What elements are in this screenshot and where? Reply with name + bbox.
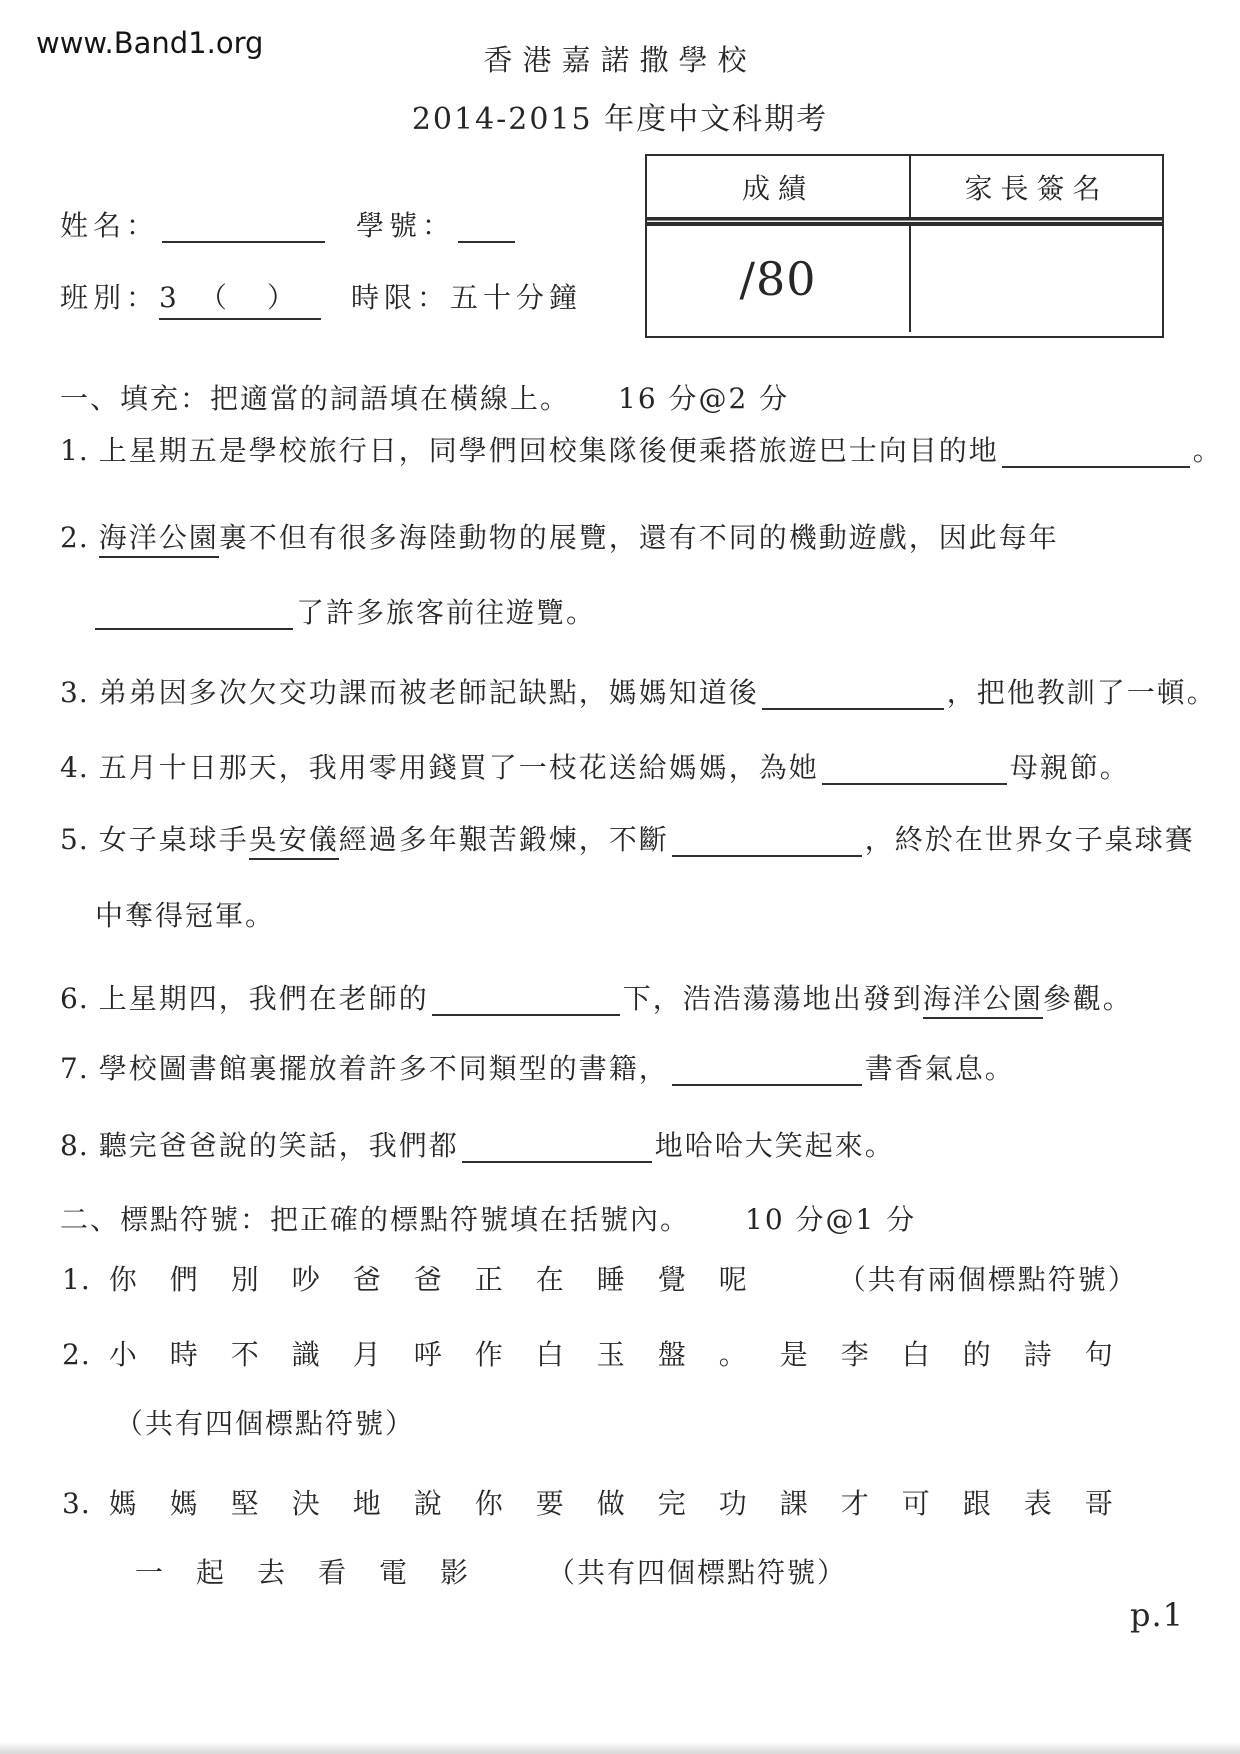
parent-signature-cell bbox=[911, 226, 1162, 332]
q-text: ，把他教訓了一頓。 bbox=[947, 676, 1217, 709]
q-text: 經過多年艱苦鍛煉，不斷 bbox=[339, 823, 669, 856]
s1-q5: 5.女子桌球手吳安儀經過多年艱苦鍛煉，不斷，終於在世界女子桌球賽 bbox=[60, 820, 1195, 860]
class-line: 班別：3（ ）時限：五十分鐘 bbox=[60, 278, 582, 320]
fill-blank bbox=[672, 1054, 862, 1086]
q-text: 下，浩浩蕩蕩地出發到 bbox=[623, 982, 923, 1015]
s1-q8: 8.聽完爸爸說的笑話，我們都地哈哈大笑起來。 bbox=[60, 1126, 895, 1166]
s1-q2-cont: 了許多旅客前往遊覽。 bbox=[95, 593, 596, 633]
section2-heading: 二、標點符號：把正確的標點符號填在括號內。 bbox=[60, 1203, 690, 1236]
q-number: 3. bbox=[60, 673, 89, 713]
q-number: 7. bbox=[60, 1049, 89, 1089]
q-text: 。 bbox=[1193, 434, 1223, 467]
s1-q1: 1.上星期五是學校旅行日，同學們回校集隊後便乘搭旅遊巴士向目的地。 bbox=[60, 431, 1223, 471]
fill-blank bbox=[672, 825, 862, 857]
class-label: 班別： bbox=[60, 281, 159, 314]
q-text: 上星期四，我們在老師的 bbox=[99, 982, 429, 1015]
q-number: 8. bbox=[60, 1126, 89, 1166]
s2-q2-note-line: （共有四個標點符號） bbox=[115, 1404, 415, 1444]
score-table-header-row: 成績 家長簽名 bbox=[647, 156, 1162, 217]
time-label: 時限： bbox=[351, 281, 450, 314]
s2-q1: 1.你們別吵爸爸正在睡覺呢（共有兩個標點符號） bbox=[62, 1260, 1138, 1300]
fill-blank bbox=[822, 753, 1007, 785]
s1-q2: 2.海洋公園裏不但有很多海陸動物的展覽，還有不同的機動遊戲，因此每年 bbox=[60, 518, 1059, 558]
s2-q2: 2.小時不識月呼作白玉盤。是李白的詩句 bbox=[62, 1335, 1146, 1375]
q-number: 6. bbox=[60, 979, 89, 1019]
student-no-label: 學號： bbox=[356, 209, 455, 242]
score-table-body-row: /80 bbox=[647, 226, 1162, 332]
q-note: （共有四個標點符號） bbox=[547, 1556, 847, 1589]
fill-blank bbox=[762, 678, 944, 710]
name-line: 姓名：學號： bbox=[60, 206, 518, 246]
q-text: 母親節。 bbox=[1010, 751, 1130, 784]
q-text: 地哈哈大笑起來。 bbox=[655, 1129, 895, 1162]
exam-title: 2014-2015 年度中文科期考 bbox=[0, 94, 1240, 138]
school-title: 香港嘉諾撒學校 bbox=[0, 38, 1240, 79]
score-table: 成績 家長簽名 /80 bbox=[645, 154, 1164, 338]
time-value: 五十分鐘 bbox=[450, 281, 582, 314]
q-text-spaced: 你們別吵爸爸正在睡覺呢 bbox=[109, 1263, 780, 1296]
table-divider bbox=[647, 217, 1162, 226]
class-value: 3 bbox=[159, 281, 183, 314]
score-header-cell: 成績 bbox=[647, 156, 911, 217]
q-number: 3. bbox=[62, 1484, 91, 1524]
q-text: ，終於在世界女子桌球賽 bbox=[865, 823, 1195, 856]
s1-q4: 4.五月十日那天，我用零用錢買了一枝花送給媽媽，為她母親節。 bbox=[60, 748, 1130, 788]
scan-edge-artifact bbox=[0, 1742, 1240, 1754]
underlined-term: 吳安儀 bbox=[249, 823, 339, 860]
section2-heading-line: 二、標點符號：把正確的標點符號填在括號內。10 分@1 分 bbox=[60, 1200, 916, 1240]
q-text: 了許多旅客前往遊覽。 bbox=[296, 596, 596, 629]
q-number: 4. bbox=[60, 748, 89, 788]
s1-q5-cont: 中奪得冠軍。 bbox=[95, 896, 275, 936]
student-no-blank bbox=[458, 211, 515, 243]
fill-blank bbox=[1002, 436, 1190, 468]
q-number: 2. bbox=[62, 1335, 91, 1375]
s2-q3-line2: 一起去看電影（共有四個標點符號） bbox=[135, 1553, 847, 1593]
q-text: 書香氣息。 bbox=[865, 1052, 1015, 1085]
class-blank: 3（ ） bbox=[159, 278, 321, 320]
score-value: /80 bbox=[647, 226, 911, 332]
q-text-spaced: 媽媽堅決地說你要做完功課才可跟表哥 bbox=[109, 1487, 1146, 1520]
q-note: （共有兩個標點符號） bbox=[838, 1263, 1138, 1296]
name-label: 姓名： bbox=[60, 209, 159, 242]
q-text: 參觀。 bbox=[1043, 982, 1133, 1015]
q-number: 2. bbox=[60, 518, 89, 558]
q-text: 學校圖書館裏擺放着許多不同類型的書籍， bbox=[99, 1052, 669, 1085]
q-text: 裏不但有很多海陸動物的展覽，還有不同的機動遊戲，因此每年 bbox=[219, 521, 1059, 554]
q-text: 五月十日那天，我用零用錢買了一枝花送給媽媽，為她 bbox=[99, 751, 819, 784]
q-text: 女子桌球手 bbox=[99, 823, 249, 856]
s1-q7: 7.學校圖書館裏擺放着許多不同類型的書籍，書香氣息。 bbox=[60, 1049, 1015, 1089]
fill-blank bbox=[462, 1131, 652, 1163]
q-number: 5. bbox=[60, 820, 89, 860]
section1-marks: 16 分@2 分 bbox=[618, 382, 789, 415]
q-number: 1. bbox=[60, 431, 89, 471]
page-number: p.1 bbox=[1130, 1596, 1184, 1634]
parent-signature-header-cell: 家長簽名 bbox=[911, 156, 1162, 217]
underlined-term: 海洋公園 bbox=[923, 982, 1043, 1019]
section1-heading-line: 一、填充：把適當的詞語填在橫線上。16 分@2 分 bbox=[60, 379, 789, 419]
q-text-spaced: 一起去看電影 bbox=[135, 1556, 501, 1589]
name-blank bbox=[162, 211, 325, 243]
section2-marks: 10 分@1 分 bbox=[745, 1203, 916, 1236]
q-text: 中奪得冠軍。 bbox=[95, 899, 275, 932]
section1-heading: 一、填充：把適當的詞語填在橫線上。 bbox=[60, 382, 570, 415]
q-text: 聽完爸爸說的笑話，我們都 bbox=[99, 1129, 459, 1162]
s1-q3: 3.弟弟因多次欠交功課而被老師記缺點，媽媽知道後，把他教訓了一頓。 bbox=[60, 673, 1217, 713]
q-note: （共有四個標點符號） bbox=[115, 1407, 415, 1440]
class-parens: （ ） bbox=[199, 281, 301, 314]
s1-q6: 6.上星期四，我們在老師的下，浩浩蕩蕩地出發到海洋公園參觀。 bbox=[60, 979, 1133, 1019]
s2-q3: 3.媽媽堅決地說你要做完功課才可跟表哥 bbox=[62, 1484, 1146, 1524]
q-text-spaced: 小時不識月呼作白玉盤。是李白的詩句 bbox=[109, 1338, 1146, 1371]
q-text: 上星期五是學校旅行日，同學們回校集隊後便乘搭旅遊巴士向目的地 bbox=[99, 434, 999, 467]
q-number: 1. bbox=[62, 1260, 91, 1300]
fill-blank bbox=[95, 598, 293, 630]
underlined-term: 海洋公園 bbox=[99, 521, 219, 558]
q-text: 弟弟因多次欠交功課而被老師記缺點，媽媽知道後 bbox=[99, 676, 759, 709]
exam-page: www.Band1.org 香港嘉諾撒學校 2014-2015 年度中文科期考 … bbox=[0, 0, 1240, 1754]
fill-blank bbox=[432, 984, 620, 1016]
